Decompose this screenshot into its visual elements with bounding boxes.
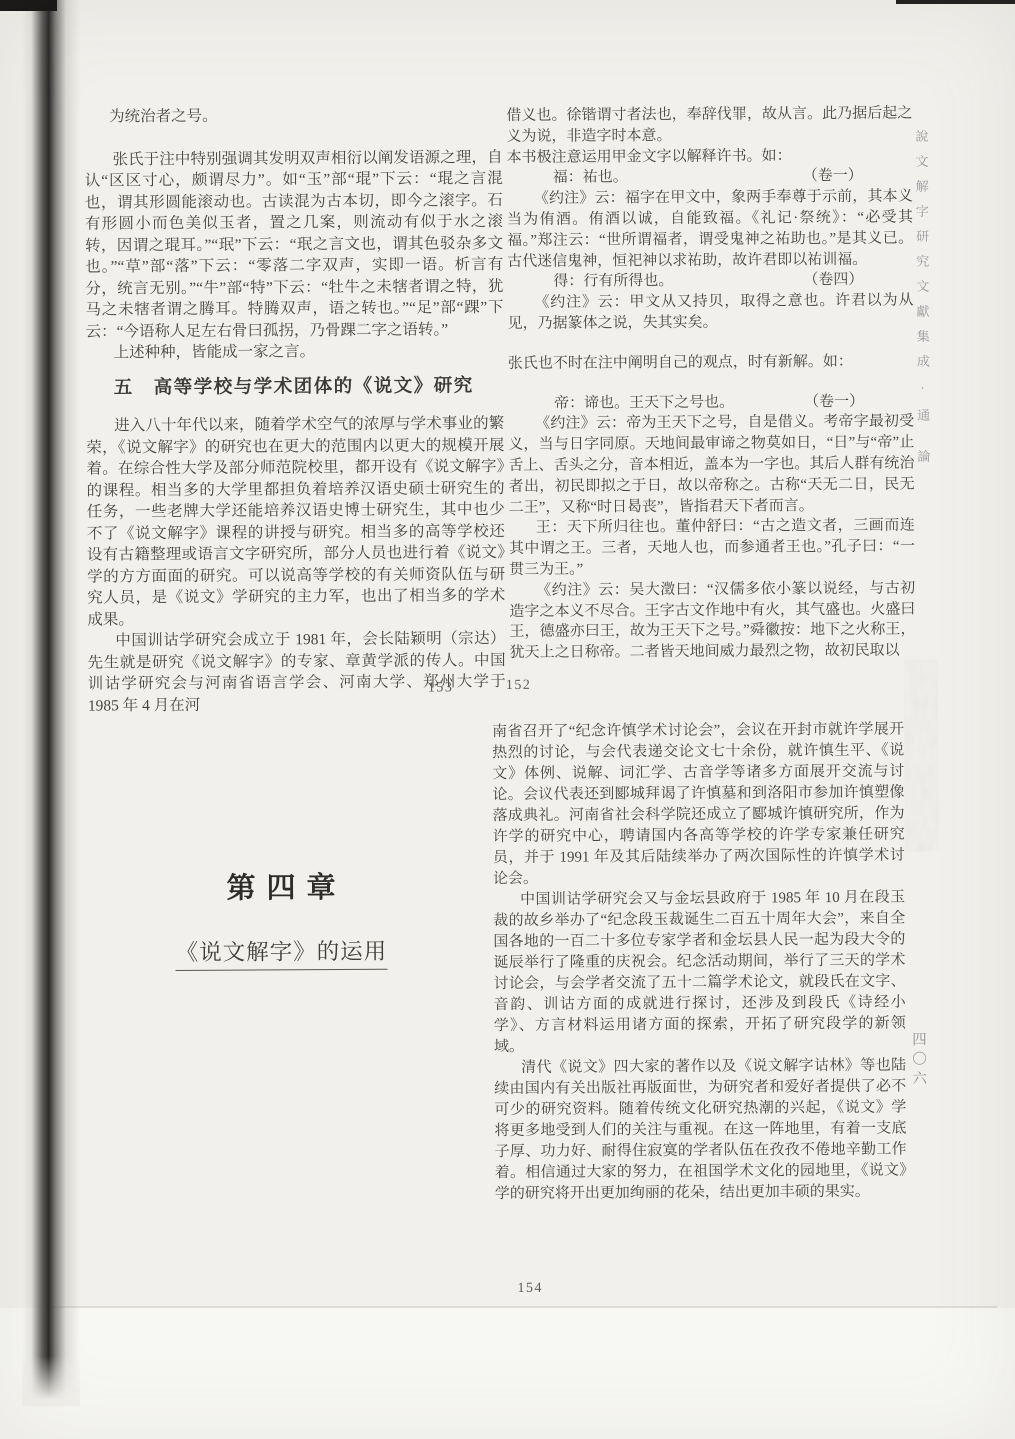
paragraph-intro-oracle-bronze: 本书极注意运用甲金文字以解释许书。如：: [507, 145, 913, 168]
series-separator-dot: ・: [917, 383, 927, 392]
paragraph-viewpoint: 张氏也不时在注中阐明自己的观点，时有新解。如：: [508, 351, 914, 374]
ornament-pattern: [904, 659, 939, 851]
entry-di-juan: （卷一）: [804, 391, 864, 412]
entry-di-head: 帝：谛也。王天下之号也。 （卷一）: [508, 391, 914, 414]
paragraph-xushen-symposium: 南省召开了“纪念许慎学术讨论会”，会议在开封市就许学展开热烈的讨论，与会代表递交…: [492, 720, 905, 891]
entry-wang-note: 《约注》云：吴大澂曰：“汉儒多依小篆以说经，与古初造字之本义不尽合。王字古文作地…: [509, 578, 916, 664]
entry-de-text: 得：行有所得也。: [553, 271, 673, 293]
paragraph-qing-reprints: 清代《说文》四大家的著作以及《说文解字诂林》等也陆续由国内有关出版社再版面世，为…: [494, 1056, 907, 1206]
chapter-title-text: 《说文解字》的运用: [176, 939, 388, 971]
entry-di-note: 《约注》云：帝为王天下之号，自是借义。考帝字最初受义，当与日字同原。天地间最审谛…: [508, 412, 915, 518]
upper-left-text-column: 为统治者之号。 张氏于注中特别强调其发明双声相衍以阐发语源之理，自认“区区寸心，…: [84, 104, 506, 717]
page-number-154: 154: [517, 1281, 543, 1297]
entry-fu-head: 福：祐也。 （卷一）: [507, 166, 913, 189]
page-number-152: 152: [506, 678, 532, 694]
scanned-book-page: 为统治者之号。 张氏于注中特别强调其发明双声相衍以阐发语源之理，自认“区区寸心，…: [0, 0, 1015, 1439]
margin-folio-number: 四〇六: [908, 1031, 929, 1090]
entry-de-juan: （卷四）: [803, 270, 863, 291]
paragraph-summary: 上述种种，皆能成一家之言。: [86, 340, 504, 364]
page-content: 为统治者之号。 张氏于注中特别强调其发明双声相衍以阐发语源之理，自认“区区寸心，…: [0, 0, 1015, 1439]
entry-di-text: 帝：谛也。王天下之号也。: [554, 392, 734, 414]
entry-de-note: 《约注》云：甲文从又持贝，取得之意也。许君以为从见，乃据篆体之说，失其实矣。: [507, 291, 913, 335]
ornament-strip: [904, 659, 939, 851]
section-heading-five: 五 高等学校与学术团体的《说文》研究: [86, 376, 504, 400]
carryover-paragraph: 借义也。徐锴谓寸者法也，奉辞伐罪，故从言。此乃据后起之义为说，非造字时本意。: [506, 104, 912, 148]
carryover-line: 为统治者之号。: [84, 104, 502, 128]
entry-de-head: 得：行有所得也。 （卷四）: [507, 270, 913, 293]
series-title-text: 說文解字研究文獻集成: [913, 129, 930, 379]
lower-right-text-column: 南省召开了“纪念许慎学术讨论会”，会议在开封市就许学展开热烈的讨论，与会代表递交…: [492, 720, 907, 1206]
chapter-number: 第四章: [173, 865, 389, 907]
paragraph-zhang-annotations: 张氏于注中特别强调其发明双声相衍以阐发语源之理，自认“区区寸心，颇谓尽力”。如“…: [85, 147, 504, 343]
upper-right-text-column: 借义也。徐锴谓寸者法也，奉辞伐罪，故从言。此乃据后起之义为说，非造字时本意。 本…: [506, 104, 915, 664]
entry-fu-text: 福：祐也。: [553, 168, 628, 189]
page-number-153: 153: [428, 680, 454, 696]
entry-fu-juan: （卷一）: [803, 166, 863, 187]
margin-series-title: 說文解字研究文獻集成・通論: [911, 129, 932, 490]
paragraph-eighties: 进入八十年代以来，随着学术空气的浓厚与学术事业的繁荣，《说文解字》的研究也在更大…: [86, 413, 505, 631]
volume-label-text: 通論: [915, 408, 931, 490]
entry-fu-note: 《约注》云：福字在甲文中，象两手奉尊于示前，其本义当为侑酒。侑酒以诚，自能致福。…: [507, 187, 914, 273]
entry-wang-head: 王：天下所归往也。董仲舒曰：“古之造文者，三画而连其中谓之王。三者，天地人也，而…: [509, 516, 915, 581]
paragraph-xungu-society: 中国训诂学研究会成立于 1981 年，会长陆颖明（宗达）先生就是研究《说文解字》…: [87, 628, 506, 717]
paragraph-duanyucai-anniversary: 中国训诂学研究会又与金坛县政府于 1985 年 10 月在段玉裁的故乡举办了“纪…: [493, 888, 906, 1059]
chapter-title: 《说文解字》的运用: [139, 934, 423, 968]
